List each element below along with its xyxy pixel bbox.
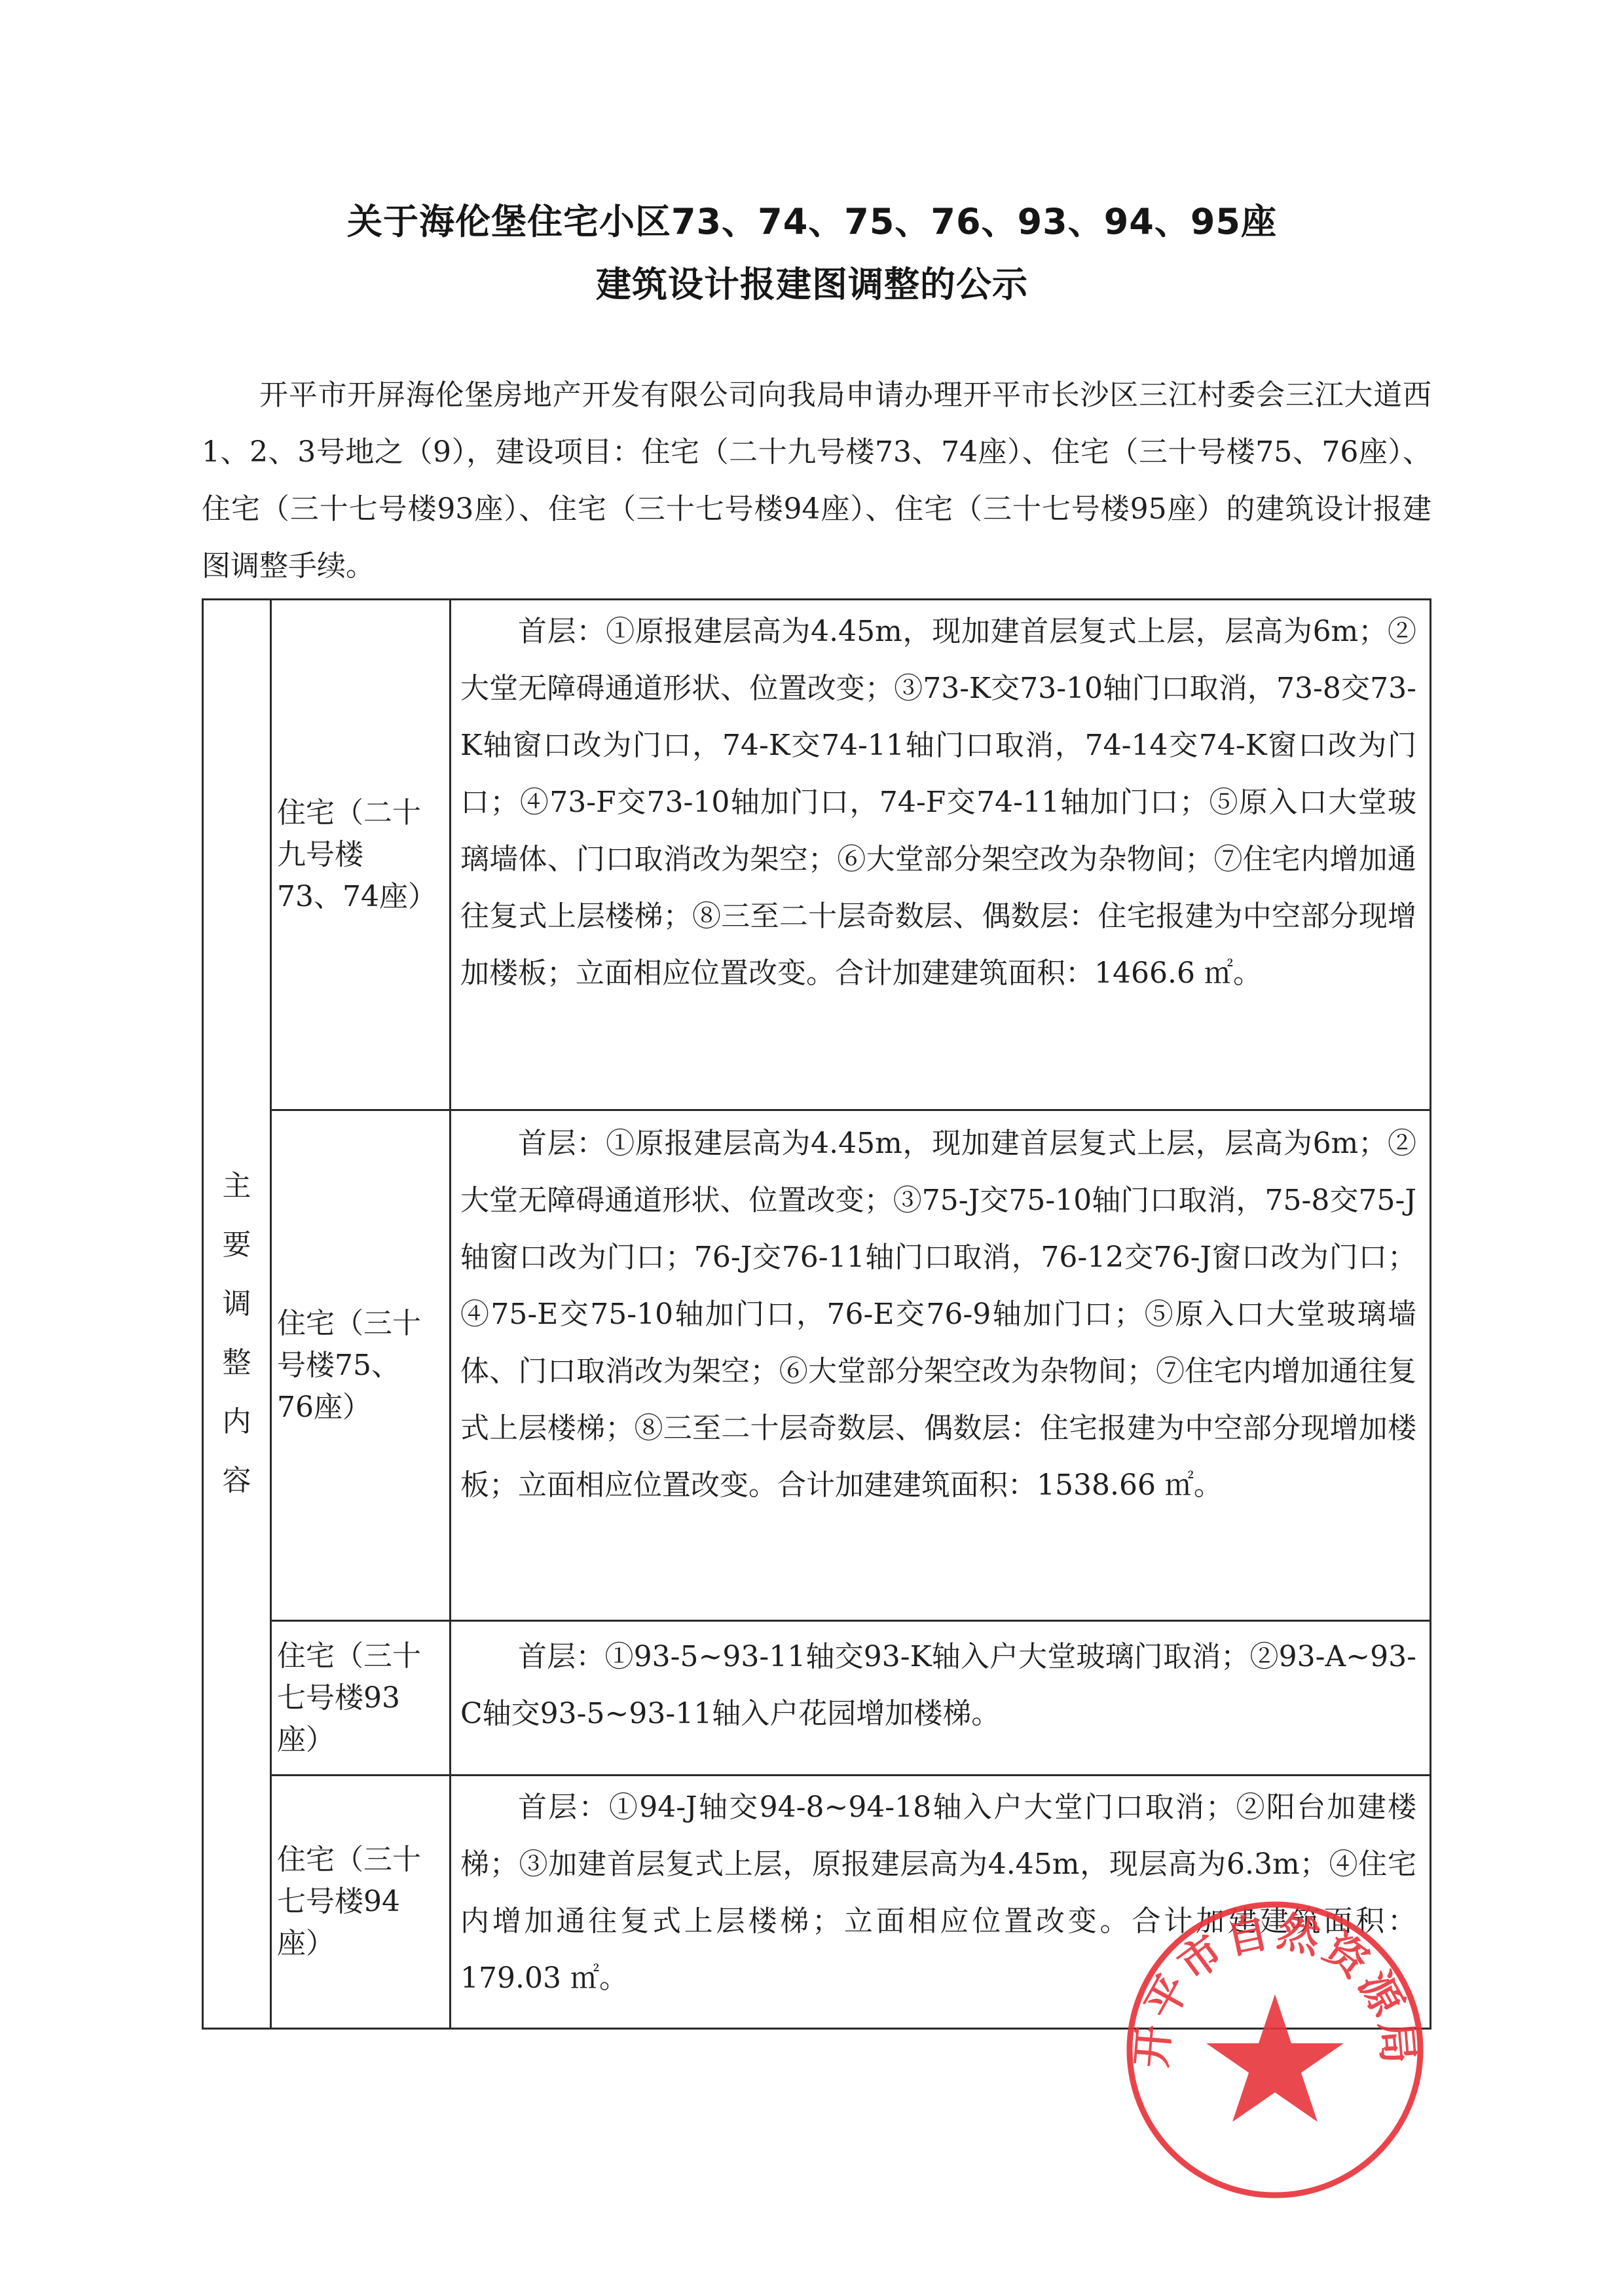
building-name-94: 住宅（三十 七号楼94 座） <box>277 1776 449 2028</box>
document-title-line-1: 关于海伦堡住宅小区73、74、75、76、93、94、95座 <box>0 194 1624 244</box>
side-label-char: 要 <box>223 1216 251 1275</box>
building-name-75-76: 住宅（三十 号楼75、 76座） <box>277 1111 449 1620</box>
adjustment-content-73-74: 首层：①原报建层高为4.45m，现加建首层复式上层，层高为6m；②大堂无障碍通道… <box>460 603 1416 1002</box>
adjustment-content-93: 首层：①93-5~93-11轴交93-K轴入户大堂玻璃门取消；②93-A~93-… <box>460 1628 1416 1742</box>
main-adjustment-label: 主 要 调 整 内 容 <box>204 1157 270 1510</box>
side-label-char: 整 <box>223 1334 251 1393</box>
adjustment-table: 主 要 调 整 内 容 住宅（二十 九号楼 73、74座） 首层：①原报建层高为… <box>202 598 1431 2030</box>
building-line: 73、74座） <box>277 876 437 918</box>
adjustment-content-75-76: 首层：①原报建层高为4.45m，现加建首层复式上层，层高为6m；②大堂无障碍通道… <box>460 1115 1416 1514</box>
side-label-char: 内 <box>223 1393 251 1451</box>
building-line: 住宅（二十 <box>277 792 437 834</box>
table-divider-col1 <box>270 600 272 2028</box>
building-line: 九号楼 <box>277 834 437 876</box>
building-line: 住宅（三十 <box>277 1303 421 1345</box>
building-line: 76座） <box>277 1387 421 1429</box>
document-title-line-2: 建筑设计报建图调整的公示 <box>0 257 1624 307</box>
building-line: 座） <box>277 1923 421 1965</box>
building-line: 住宅（三十 <box>277 1635 421 1677</box>
table-divider-col2 <box>449 600 451 2028</box>
building-line: 住宅（三十 <box>277 1839 421 1881</box>
side-label-char: 调 <box>223 1275 251 1334</box>
building-line: 座） <box>277 1719 421 1761</box>
building-name-93: 住宅（三十 七号楼93 座） <box>277 1622 449 1774</box>
building-name-73-74: 住宅（二十 九号楼 73、74座） <box>277 600 449 1109</box>
side-label-char: 主 <box>223 1157 251 1216</box>
building-line: 七号楼94 <box>277 1881 421 1923</box>
intro-paragraph: 开平市开屏海伦堡房地产开发有限公司向我局申请办理开平市长沙区三江村委会三江大道西… <box>202 367 1431 594</box>
side-label-char: 容 <box>223 1451 251 1510</box>
official-seal-icon: 开平市自然资源局 <box>1121 1896 1429 2204</box>
building-line: 七号楼93 <box>277 1677 421 1719</box>
building-line: 号楼75、 <box>277 1345 421 1387</box>
